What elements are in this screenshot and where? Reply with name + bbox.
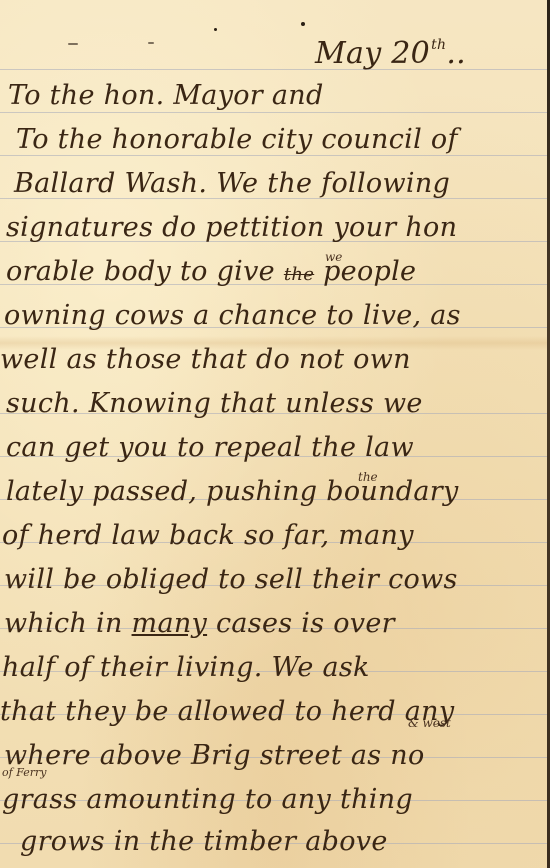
line-16-before: where above Brig street: [4, 740, 342, 771]
letter-line-15: that they be allowed to herd any: [0, 696, 454, 727]
ink-speck: [68, 43, 78, 45]
line-5-before: orable body to give: [6, 256, 284, 287]
ruled-line: [0, 69, 550, 70]
letter-line-6: owning cows a chance to live, as: [4, 300, 461, 331]
date-mark: ..: [446, 36, 466, 71]
ruled-line: [0, 112, 550, 113]
struck-word: the: [284, 264, 314, 285]
insertion-above-line-5: we: [325, 250, 342, 264]
line-16-after: as no: [342, 740, 425, 771]
ink-speck: [301, 22, 305, 26]
insertion-above-line-17: of Ferry: [2, 766, 46, 779]
letter-line-7: well as those that do not own: [0, 344, 411, 375]
letter-line-11: of herd law back so far, many: [2, 520, 414, 551]
letter-line-3: Ballard Wash. We the following: [14, 168, 450, 199]
line-13-after: cases is over: [207, 608, 395, 639]
letter-line-5: orable body to give the people: [6, 256, 416, 287]
letter-line-10: lately passed, pushing boundary: [6, 476, 459, 507]
insertion-above-line-10: the: [358, 470, 378, 484]
letter-line-12: will be obliged to sell their cows: [4, 564, 458, 595]
line-10-after: boundary: [317, 476, 458, 507]
line-13-before: which in: [4, 608, 132, 639]
date-suffix: th: [431, 37, 446, 53]
insertion-above-line-16: & west: [408, 716, 451, 730]
line-10-before: lately passed, pushing: [6, 476, 317, 507]
letter-line-8: such. Knowing that unless we: [6, 388, 423, 419]
letter-line-13: which in many cases is over: [4, 608, 395, 639]
ink-speck: [148, 42, 154, 44]
ink-speck: [214, 28, 217, 31]
letter-line-2: To the honorable city council of: [16, 124, 458, 155]
letter-line-18: grows in the timber above: [20, 826, 388, 857]
letter-line-16: where above Brig street as no: [4, 740, 425, 771]
letter-line-1: To the hon. Mayor and: [8, 80, 324, 111]
letter-line-14: half of their living. We ask: [2, 652, 370, 683]
date-text: May 20: [315, 36, 430, 71]
letter-date: May 20th..: [315, 36, 466, 71]
handwritten-letter-page: May 20th.. To the hon. Mayor and To the …: [0, 0, 550, 868]
underlined-word: many: [132, 608, 208, 639]
letter-line-4: signatures do pettition your hon: [6, 212, 457, 243]
ruled-line: [0, 155, 550, 156]
letter-line-17: grass amounting to any thing: [2, 784, 413, 815]
letter-line-9: can get you to repeal the law: [6, 432, 414, 463]
